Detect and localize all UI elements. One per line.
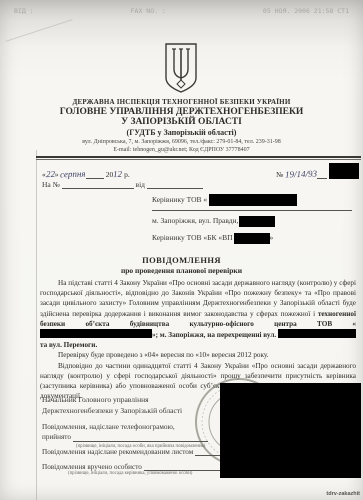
paper-crease-diagonal — [6, 19, 73, 42]
recipient-underline — [152, 208, 352, 211]
fax-number-label: FAX NO. : — [131, 7, 166, 15]
ukraine-trident-emblem-icon — [163, 42, 199, 94]
year-suffix: р. — [124, 170, 130, 179]
email-line: E-mail: tehnogen_gu@ukr.net; Код ЄДРПОУ … — [0, 147, 363, 155]
recipient-block: Керівнику ТОВ « м. Запоріжжя, вул. Правд… — [152, 194, 358, 244]
redaction-box-large — [220, 383, 361, 478]
personal-line: Повідомлення вручено особисто — [42, 462, 234, 471]
number-label: № — [276, 170, 283, 179]
title-line-1: ПОВІДОМЛЕННЯ — [0, 255, 363, 265]
signer-position-line2: Держтехногенбезпеки у Запорізькій област… — [42, 406, 182, 417]
fax-from-label: ВІД : — [14, 7, 34, 15]
mail-label: Повідомлення надіслане рекомендованим ли… — [42, 448, 193, 456]
recipient-line-3: Керівнику ТОВ «БК «ВП» — [152, 232, 358, 244]
recipient-line-2: м. Запоріжжя, вул. Правди, — [152, 215, 358, 227]
department-name-line2: У ЗАПОРІЗЬКІЙ ОБЛАСТІ — [0, 117, 363, 127]
watermark-text: tdrv-zakazhit — [326, 491, 360, 497]
reply-reference-row: На № від — [42, 180, 203, 189]
fax-timestamp: 05 НОЯ. 2006 21:58 СТ1 — [263, 7, 349, 15]
paragraph-1: На підставі статті 4 Закону України «Про… — [40, 278, 356, 350]
letterhead: ДЕРЖАВНА ІНСПЕКЦІЯ ТЕХНОГЕННОЇ БЕЗПЕКИ У… — [0, 98, 363, 137]
vid-label: від — [136, 180, 145, 189]
accepted-blank — [73, 433, 208, 442]
reference-row: «22» серпня 2012 р. № 19/14/93 — [42, 163, 359, 179]
letterhead-divider-thick — [36, 156, 361, 158]
paper-crease-vertical — [36, 150, 37, 500]
agency-name: ДЕРЖАВНА ІНСПЕКЦІЯ ТЕХНОГЕННОЇ БЕЗПЕКИ У… — [0, 98, 363, 106]
document-title: ПОВІДОМЛЕННЯ про проведення планової пер… — [0, 255, 363, 275]
redaction-box-recipient-1 — [209, 194, 297, 206]
registered-mail-note: Повідомлення надіслане рекомендованим ли… — [42, 447, 239, 456]
fax-header: ВІД : FAX NO. : 05 НОЯ. 2006 21:58 СТ1 — [0, 7, 363, 15]
p1-bold-street2: та вул. Перемоги. — [40, 341, 97, 349]
recipient-2-suffix: » — [270, 233, 274, 242]
paragraph-2: Перевірку буде проведено з «04» вересня … — [40, 350, 356, 360]
document-date: «22» серпня 2012 р. — [42, 169, 130, 179]
redaction-box-number — [329, 163, 359, 179]
recipient-2-label: Керівнику ТОВ «БК «ВП — [152, 233, 233, 242]
personal-label: Повідомлення вручено особисто — [42, 463, 142, 471]
telegram-line-2: прийнято — [42, 432, 208, 442]
recipient-line-1: Керівнику ТОВ « — [152, 194, 358, 206]
signer-position-line1: Начальник Головного управління — [42, 395, 182, 406]
handwritten-number: 19/14/93 — [285, 168, 317, 179]
signature-block: Начальник Головного управління Держтехно… — [42, 395, 182, 416]
p1-text: На підставі статті 4 Закону України «Про… — [40, 279, 356, 318]
na-label: На № — [42, 180, 60, 189]
redaction-box-street — [278, 329, 356, 338]
handwritten-day: 22 — [46, 169, 55, 179]
redaction-box-company — [40, 329, 152, 338]
handwritten-year: 12 — [113, 169, 122, 179]
handwritten-month: серпня — [60, 169, 86, 180]
personal-caption: (прізвище, ініціали, посада керівника, у… — [68, 471, 234, 476]
department-abbreviation: (ГУДТБ у Запорізькій області) — [0, 128, 363, 137]
letterhead-divider-thin — [36, 159, 361, 160]
scanned-document-page: ВІД : FAX NO. : 05 НОЯ. 2006 21:58 СТ1 Д… — [0, 0, 363, 500]
department-name-line1: ГОЛОВНЕ УПРАВЛІННЯ ДЕРЖТЕХНОГЕНБЕЗПЕКИ — [0, 107, 363, 117]
month-blank — [86, 170, 104, 179]
p1-bold-location: м. Запоріжжя, на перехрещенні вул. — [158, 331, 278, 339]
number-blank — [317, 170, 327, 179]
recipient-1-label: Керівнику ТОВ « — [152, 195, 207, 204]
quote-close: » — [55, 170, 59, 179]
redaction-box-address — [239, 216, 275, 227]
letterhead-address: вул. Дніпровська, 7, м. Запоріжжя, 69096… — [0, 139, 363, 154]
redaction-box-recipient-2 — [234, 233, 270, 244]
vid-blank — [147, 180, 203, 189]
na-blank — [62, 180, 134, 189]
title-line-2: про проведення планової перевірки — [0, 266, 363, 275]
telegram-line-1: Повідомлення, надіслане телефонограмою, — [42, 422, 208, 432]
recipient-address: м. Запоріжжя, вул. Правди, — [152, 216, 238, 225]
address-line: вул. Дніпровська, 7, м. Запоріжжя, 69096… — [0, 139, 363, 147]
personal-delivery-note: Повідомлення вручено особисто (прізвище,… — [42, 462, 234, 476]
accepted-label: прийнято — [42, 433, 71, 441]
document-number: № 19/14/93 — [276, 163, 359, 179]
